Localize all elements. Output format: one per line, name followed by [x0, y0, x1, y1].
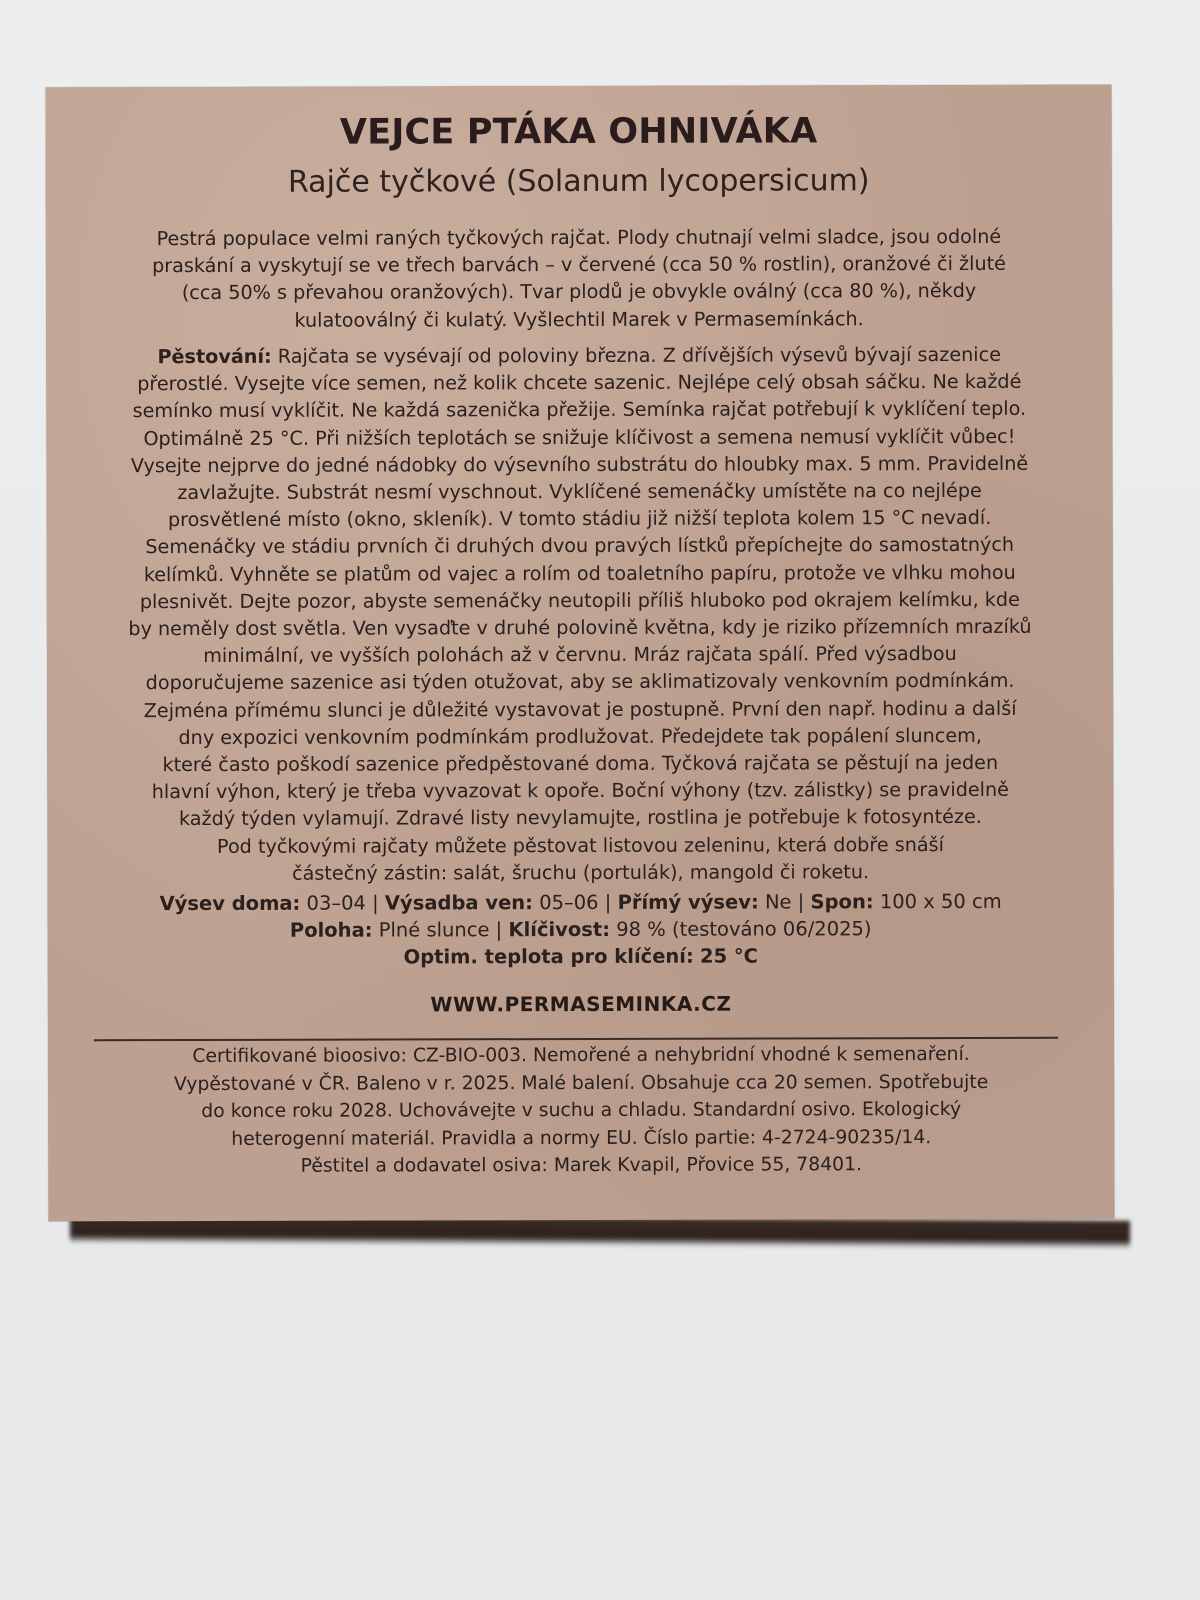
transplant-value: 05–06	[539, 891, 598, 914]
legal-line: Pěstitel a dodavatel osiva: Marek Kvapil…	[72, 1151, 1090, 1181]
sowing-indoor-value: 03–04	[307, 892, 366, 915]
description-line: (cca 50% s převahou oranžových). Tvar pl…	[70, 277, 1088, 307]
growing-line: Pěstování: Rajčata se vysévají od polovi…	[70, 341, 1088, 371]
legal-line: Certifikované bioosivo: CZ-BIO-003. Nemo…	[72, 1041, 1090, 1071]
growing-line: přerostlé. Vysejte více semen, než kolik…	[70, 368, 1088, 398]
growing-line: minimální, ve vyšších polohách až v červ…	[71, 640, 1089, 670]
growing-instructions: Pěstování: Rajčata se vysévají od polovi…	[70, 341, 1089, 888]
growing-line: Zejména přímému slunci je důležité vysta…	[71, 694, 1089, 724]
spacing-label: Spon:	[810, 890, 873, 913]
description-line: praskání a vyskytují se ve třech barvách…	[70, 250, 1088, 280]
optimal-temp-label: Optim. teplota pro klíčení:	[404, 945, 694, 969]
legal-line: heterogenní materiál. Pravidla a normy E…	[72, 1123, 1090, 1153]
growing-line: prosvětlené místo (okno, skleník). V tom…	[71, 504, 1089, 534]
separator: |	[605, 891, 612, 914]
seed-packet: VEJCE PTÁKA OHNIVÁKA Rajče tyčkové (Sola…	[46, 85, 1115, 1222]
transplant-label: Výsadba ven:	[385, 891, 533, 914]
legal-line: do konce roku 2028. Uchovávejte v suchu …	[72, 1096, 1090, 1126]
facts-line-temperature: Optim. teplota pro klíčení: 25 °C	[72, 942, 1090, 972]
growing-line: by neměly dost světla. Ven vysaďte v dru…	[71, 613, 1089, 643]
facts-line-position: Poloha: Plné slunce | Klíčivost: 98 % (t…	[72, 915, 1090, 945]
sowing-indoor-label: Výsev doma:	[160, 892, 301, 915]
germination-label: Klíčivost:	[508, 918, 610, 941]
growing-line: Pod tyčkovými rajčaty můžete pěstovat li…	[71, 830, 1089, 860]
description-paragraph: Pestrá populace velmi raných tyčkových r…	[70, 223, 1088, 334]
spacing-value: 100 x 50 cm	[880, 890, 1002, 913]
growing-line: částečný zástin: salát, šruchu (portulák…	[72, 858, 1090, 888]
growing-line: zavlažujte. Substrát nesmí vyschnout. Vy…	[71, 477, 1089, 507]
growing-line: semínko musí vyklíčit. Ne každá sazeničk…	[70, 395, 1088, 425]
growing-line: každý týden vylamují. Zdravé listy nevyl…	[71, 803, 1089, 833]
legal-line: Vypěstované v ČR. Baleno v r. 2025. Malé…	[72, 1068, 1090, 1098]
separator: |	[798, 890, 805, 913]
growing-line: Vysejte nejprve do jedné nádobky do výse…	[70, 449, 1088, 479]
position-value: Plné slunce	[379, 918, 490, 941]
description-line: kulatooválný či kulatý. Vyšlechtil Marek…	[70, 304, 1088, 334]
facts-line-schedule: Výsev doma: 03–04 | Výsadba ven: 05–06 |…	[72, 888, 1090, 918]
growing-line: hlavní výhon, který je třeba vyvazovat k…	[71, 776, 1089, 806]
description-line: Pestrá populace velmi raných tyčkových r…	[70, 223, 1088, 253]
direct-sowing-value: Ne	[765, 890, 792, 913]
separator: |	[496, 918, 503, 941]
germination-value: 98 % (testováno 06/2025)	[616, 917, 871, 941]
growing-line: dny expozici venkovním podmínkám prodluž…	[71, 722, 1089, 752]
growing-line: kelímků. Vyhněte se platům od vajec a ro…	[71, 558, 1089, 588]
packet-title: VEJCE PTÁKA OHNIVÁKA	[46, 111, 1112, 154]
growing-line: plesnivět. Dejte pozor, abyste semenáčky…	[71, 585, 1089, 615]
sowing-facts: Výsev doma: 03–04 | Výsadba ven: 05–06 |…	[72, 888, 1090, 972]
website-url: WWW.PERMASEMINKA.CZ	[48, 991, 1114, 1018]
growing-line: které často poškodí sazenice předpěstova…	[71, 749, 1089, 779]
growing-first-line: Rajčata se vysévají od poloviny března. …	[272, 343, 1001, 368]
position-label: Poloha:	[290, 919, 373, 942]
separator: |	[372, 892, 379, 915]
packet-subtitle: Rajče tyčkové (Solanum lycopersicum)	[46, 163, 1112, 201]
optimal-temp-value: 25 °C	[700, 945, 758, 968]
growing-line: Semenáčky ve stádiu prvních či druhých d…	[71, 531, 1089, 561]
direct-sowing-label: Přímý výsev:	[618, 891, 759, 914]
growing-line: doporučujeme sazenice asi týden otužovat…	[71, 667, 1089, 697]
growing-label: Pěstování:	[157, 345, 271, 368]
legal-info: Certifikované bioosivo: CZ-BIO-003. Nemo…	[72, 1041, 1090, 1182]
growing-line: Optimálně 25 °C. Při nižších teplotách s…	[70, 422, 1088, 452]
